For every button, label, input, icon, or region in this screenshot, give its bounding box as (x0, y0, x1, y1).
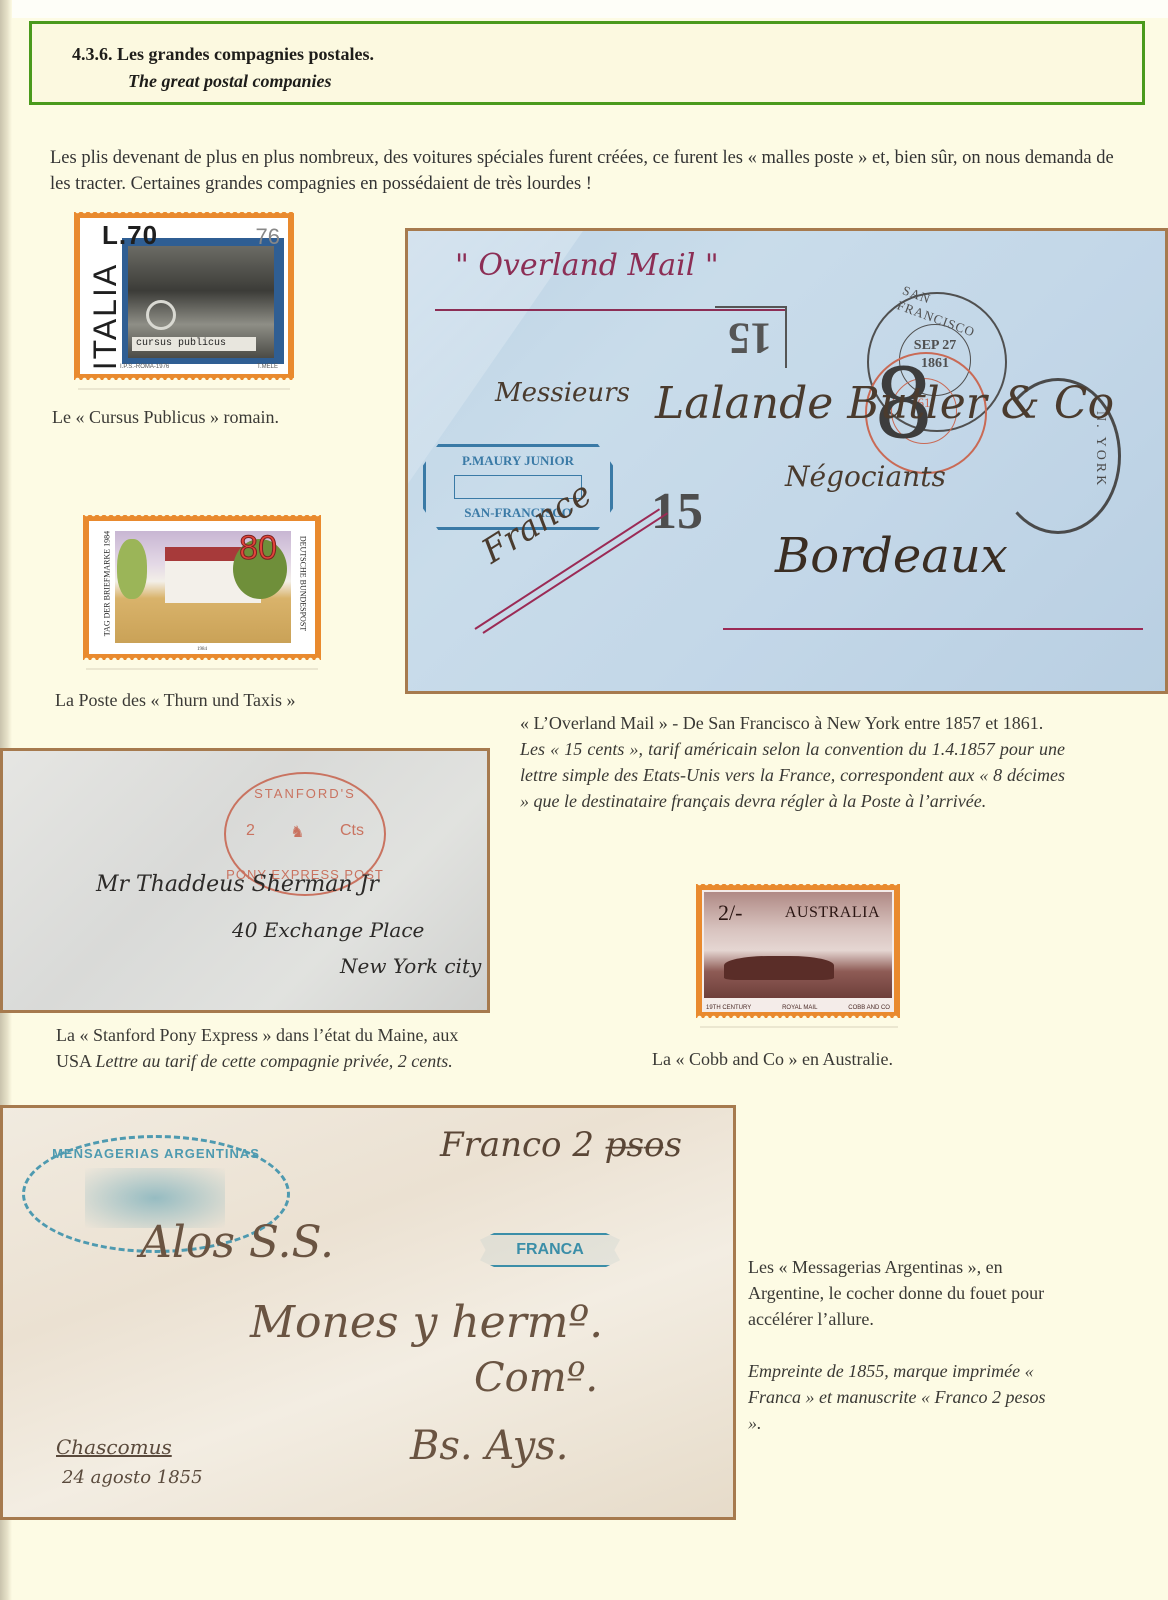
underline (723, 628, 1143, 630)
address-line1: Mr Thaddeus Sherman Jr (96, 872, 379, 897)
cart-wheel-icon (146, 300, 176, 330)
handstamp-value-right: Cts (340, 822, 364, 842)
stamp-country: ITALIA (87, 263, 124, 370)
stamp-value: 2/- (718, 900, 742, 926)
stamp-footer-center: ROYAL MAIL (782, 1005, 817, 1011)
handstamp-oval-text: MENSAGERIAS ARGENTINAS (25, 1146, 287, 1161)
stamp-left-text: TAG DER BRIEFMARKE 1984 (103, 524, 112, 644)
address-line2: Mones y hermº. (250, 1297, 603, 1348)
stamp-footer-left: 19TH CENTURY (706, 1005, 751, 1011)
address-line3: New York city (340, 954, 481, 978)
mount-shadow (86, 668, 318, 670)
address-city: Bordeaux (775, 528, 1008, 584)
stamp-italia-cursus-publicus: cursus publicus L.70 ITALIA 76 I.P.S.-RO… (74, 212, 294, 380)
stamp-year: 1984 (89, 647, 315, 652)
caption-overland-mail: « L’Overland Mail » - De San Francisco à… (520, 710, 1065, 814)
address-title: Négociants (785, 460, 946, 493)
caption-cobb-and-co: La « Cobb and Co » en Australie. (652, 1046, 893, 1072)
origin-date: 24 agosto 1855 (62, 1467, 203, 1488)
page-top-margin (0, 0, 1168, 18)
address-line2: 40 Exchange Place (232, 918, 424, 942)
cover-header-overland-mail: " Overland Mail " (455, 248, 719, 283)
stamp-australia-cobb-and-co: 2/- AUSTRALIA 19TH CENTURY ROYAL MAIL CO… (696, 884, 900, 1018)
address-line4: Bs. Ays. (410, 1423, 568, 1469)
horse-rider-icon: ♞ (290, 822, 304, 842)
stamp-footer: 19TH CENTURY ROYAL MAIL COBB AND CO (706, 1005, 890, 1011)
cover-messagerias-argentinas: MENSAGERIAS ARGENTINAS Franco 2 p̶s̶o̶s … (0, 1105, 736, 1520)
stamp-footer-right: COBB AND CO (848, 1005, 890, 1011)
origin-town: Chascomus (56, 1435, 172, 1459)
section-title-box: 4.3.6. Les grandes compagnies postales. … (29, 21, 1145, 105)
boxed-rate-mark: 15 (715, 306, 787, 368)
cover-overland-mail: " Overland Mail " 15 SAN FRANCISCO SEP 2… (405, 228, 1168, 694)
cover-stanford-pony-express: STANFORD'S 2 ♞ Cts PONY EXPRESS POST Mr … (0, 748, 490, 1013)
intro-paragraph: Les plis devenant de plus en plus nombre… (50, 145, 1130, 197)
stamp-right-text: DEUTSCHE BUNDESPOST (299, 524, 308, 644)
stamp-logo: 76 (256, 224, 280, 250)
stamp-imprint: I.P.S.-ROMA-1976 (120, 364, 169, 370)
stamp-value: L.70 (102, 220, 158, 251)
address-salutation: Messieurs (495, 378, 630, 408)
rate-mark-15: 15 (651, 482, 703, 541)
section-title-en: The great postal companies (128, 71, 332, 92)
handstamp-top-text: STANFORD'S (226, 786, 384, 801)
handstamp-value: 2 ♞ Cts (246, 822, 364, 842)
caption-argentina-regular: Les « Messagerias Argentinas », en Argen… (748, 1254, 1058, 1332)
stamp-value: 80 (239, 529, 277, 568)
manuscript-franco-2-pesos: Franco 2 p̶s̶o̶s (440, 1125, 682, 1165)
address-line3: Comº. (474, 1355, 598, 1401)
mount-shadow (78, 388, 290, 390)
spacer (748, 1332, 1058, 1358)
handstamp-value-left: 2 (246, 822, 255, 842)
stagecoach-icon (724, 956, 834, 980)
section-title-fr: 4.3.6. Les grandes compagnies postales. (72, 44, 374, 65)
stamp-artist: T.MELE (257, 364, 278, 370)
stamp-thurn-und-taxis: 80 TAG DER BRIEFMARKE 1984 DEUTSCHE BUND… (83, 515, 321, 660)
relief-label: cursus publicus (132, 337, 256, 351)
caption-stanford: La « Stanford Pony Express » dans l’état… (56, 1022, 466, 1074)
caption-overland-regular: « L’Overland Mail » - De San Francisco à… (520, 710, 1065, 736)
caption-cursus-publicus: Le « Cursus Publicus » romain. (52, 404, 279, 430)
caption-argentina-italic: Empreinte de 1855, marque imprimée « Fra… (748, 1358, 1058, 1436)
stamp-country: AUSTRALIA (785, 904, 880, 922)
caption-argentina: Les « Messagerias Argentinas », en Argen… (748, 1254, 1058, 1436)
caption-thurn-und-taxis: La Poste des « Thurn und Taxis » (55, 687, 296, 713)
address-line1: Alos S.S. (140, 1217, 334, 1268)
address-name: Lalande Butler & Co (655, 378, 1114, 429)
handstamp-franca: FRANCA (480, 1233, 620, 1267)
cachet-line1: P.MAURY JUNIOR (426, 453, 610, 469)
caption-stanford-italic: Lettre au tarif de cette compagnie privé… (96, 1051, 453, 1071)
tree-icon (117, 539, 147, 599)
caption-overland-italic: Les « 15 cents », tarif américain selon … (520, 736, 1065, 814)
mount-shadow (700, 1026, 898, 1028)
